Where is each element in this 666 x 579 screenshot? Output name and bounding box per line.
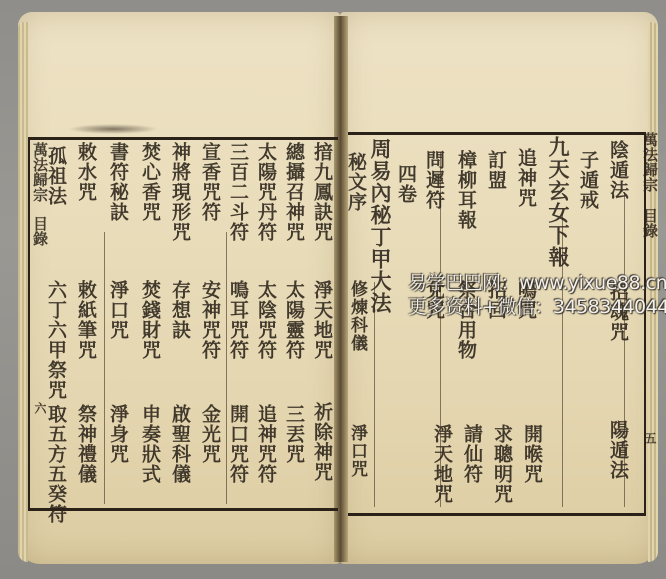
toc-entry: 三百二斗符 <box>228 142 247 242</box>
toc-entry: 陽遁法 <box>608 420 627 480</box>
toc-entry: 秘文序 <box>346 152 365 212</box>
toc-entry: 焚錢財咒 <box>140 280 159 360</box>
toc-entry: 周易內秘丁甲大法 <box>370 138 391 314</box>
toc-entry: 追神咒 <box>516 148 535 208</box>
toc-entry: 求聰明咒 <box>492 424 511 504</box>
toc-entry: 問遲符 <box>424 150 443 210</box>
toc-entry: 太陰咒符 <box>256 280 275 360</box>
toc-entry: 淨天地咒 <box>312 280 331 360</box>
toc-entry: 宣香咒符 <box>200 142 219 222</box>
toc-entry: 請仙符 <box>462 424 481 484</box>
toc-entry: 六丁六甲祭咒 <box>46 280 65 400</box>
left-margin-section: 目錄 <box>30 216 51 246</box>
toc-entry: 九天玄女下報 <box>548 136 569 268</box>
left-page-edges <box>18 22 28 562</box>
toc-entry: 敕紙筆咒 <box>76 280 95 360</box>
toc-entry: 訂盟 <box>486 150 505 190</box>
toc-entry: 太陽咒丹符 <box>256 142 275 242</box>
toc-entry: 揞九鳳訣咒 <box>312 142 331 242</box>
toc-entry: 焚心香咒 <box>140 142 159 222</box>
toc-entry: 總攝召神咒 <box>284 142 303 242</box>
watermark-contact: 更多资料+微信：3458344044 <box>408 292 666 319</box>
toc-entry: 太陽靈符 <box>284 280 303 360</box>
toc-entry: 神將現形咒 <box>170 142 189 242</box>
toc-entry: 申奏狀式 <box>140 404 159 484</box>
toc-entry: 樟柳耳報 <box>456 150 475 230</box>
toc-entry: 淨口咒 <box>348 424 365 478</box>
toc-entry: 淨天地咒 <box>432 424 451 504</box>
toc-entry: 開喉咒 <box>522 424 541 484</box>
toc-entry: 祭神禮儀 <box>76 404 95 484</box>
toc-entry: 存想訣 <box>170 280 189 340</box>
right-margin-section: 目錄 <box>640 208 661 238</box>
toc-entry: 子遁戒 <box>578 150 597 210</box>
toc-entry: 取五方五癸符 <box>46 404 65 524</box>
toc-entry: 淨身咒 <box>108 404 127 464</box>
right-margin-page: 五 <box>642 432 659 444</box>
toc-entry: 四卷 <box>396 164 415 204</box>
toc-entry: 啟聖科儀 <box>170 404 189 484</box>
toc-entry: 鳴耳咒符 <box>228 280 247 360</box>
toc-entry: 書符秘訣 <box>108 142 127 222</box>
toc-entry: 淨口咒 <box>108 280 127 340</box>
toc-entry: 孤祖法 <box>46 146 65 206</box>
toc-entry: 三丟咒 <box>284 404 303 464</box>
column-divider <box>374 282 375 507</box>
toc-entry: 陰遁法 <box>608 140 627 200</box>
column-divider <box>104 232 105 504</box>
toc-entry: 修煉科儀 <box>348 280 365 352</box>
toc-entry: 開口咒符 <box>228 404 247 484</box>
toc-entry: 祈除神咒 <box>312 402 331 482</box>
watermark-site: 易学巴巴网：www.yixue88.cn <box>408 268 666 295</box>
toc-entry: 金光咒 <box>200 404 219 464</box>
ink-smudge <box>68 124 158 134</box>
toc-entry: 敕水咒 <box>76 142 95 202</box>
right-margin-title: 萬法歸宗 <box>640 132 661 192</box>
toc-entry: 安神咒符 <box>200 280 219 360</box>
toc-entry: 追神咒符 <box>256 404 275 484</box>
